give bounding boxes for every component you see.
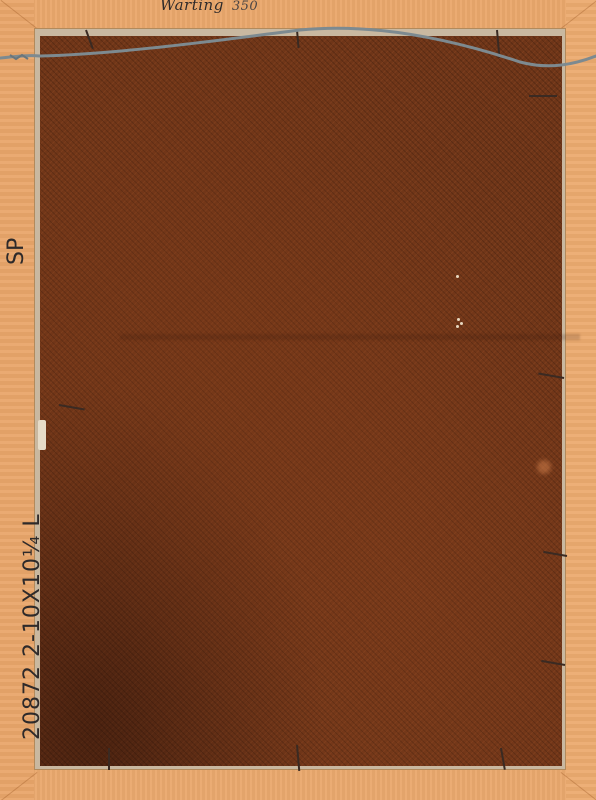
inscription-left-rail: 20872 2-10X10¼ L [20,513,45,740]
nail [529,95,557,97]
inscription-price: 350 [232,0,258,14]
inscription-initials: SP [4,238,29,265]
inscription-size: 2-10X10¼ [20,535,45,657]
paint-speck [460,322,463,325]
inscription-top-rail: Warting350 [160,0,258,14]
paint-speck [456,325,459,328]
inscription-name: Warting [160,0,224,14]
picture-frame: Warting350 20872 2-10X10¼ L SP [0,0,596,800]
inscription-inventory: 20872 [20,665,45,740]
inscription-suffix: L [20,513,45,526]
hardboard-backing [40,36,562,766]
light-stain [537,460,551,474]
paper-fragment [38,420,46,450]
board-seam [120,334,580,340]
paint-speck [457,318,460,321]
paint-speck [456,275,459,278]
frame-right-rail [566,0,596,800]
nail [108,748,110,770]
